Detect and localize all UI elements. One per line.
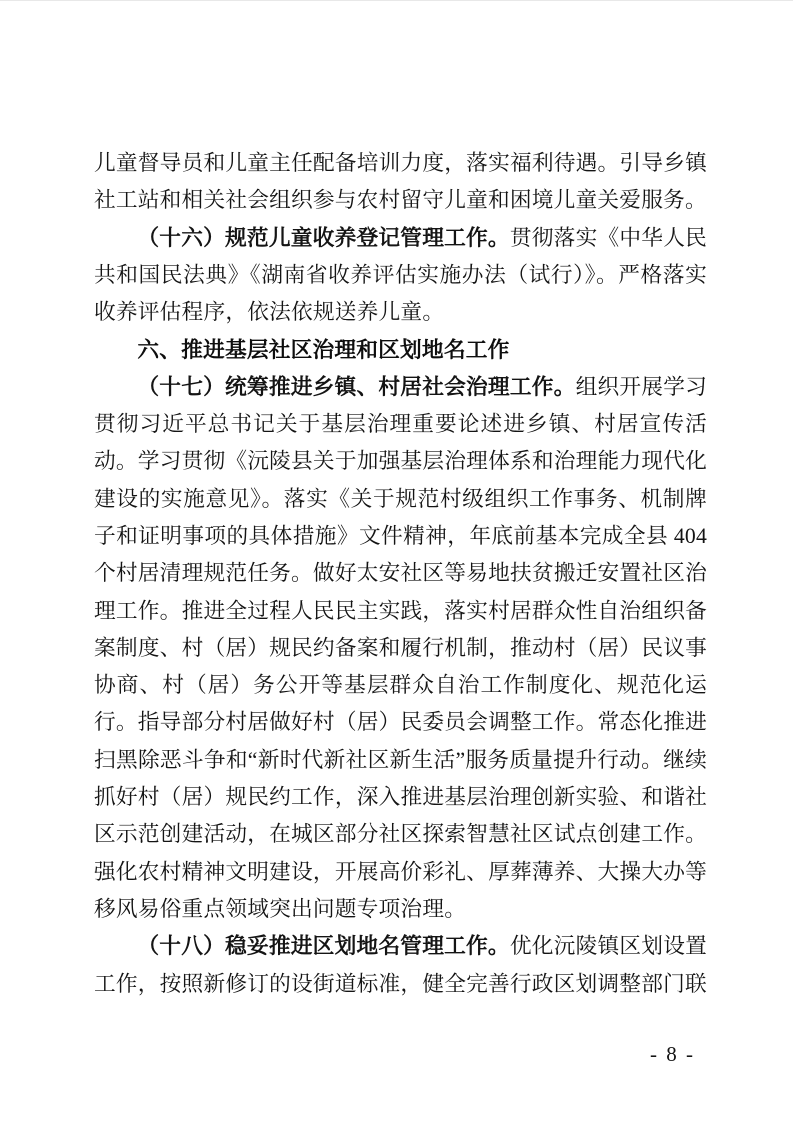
item-17-lead: （十七）统筹推进乡镇、村居社会治理工作。 [137, 375, 575, 399]
paragraph-item-16: （十六）规范儿童收养登记管理工作。贯彻落实《中华人民共和国民法典》《湖南省收养评… [94, 220, 707, 332]
item-17-text: 组织开展学习贯彻习近平总书记关于基层治理重要论述进乡镇、村居宣传活动。学习贯彻《… [94, 375, 707, 921]
paragraph-continuation-text: 儿童督导员和儿童主任配备培训力度，落实福利待遇。引导乡镇社工站和相关社会组织参与… [94, 151, 707, 212]
paragraph-continuation: 儿童督导员和儿童主任配备培训力度，落实福利待遇。引导乡镇社工站和相关社会组织参与… [94, 145, 707, 220]
page-number: - 8 - [650, 1042, 695, 1066]
document-page: 儿童督导员和儿童主任配备培训力度，落实福利待遇。引导乡镇社工站和相关社会组织参与… [0, 0, 793, 1122]
paragraph-item-18: （十八）稳妥推进区划地名管理工作。优化沅陵镇区划设置工作，按照新修订的设街道标准… [94, 928, 707, 1003]
section-heading-six: 六、推进基层社区治理和区划地名工作 [94, 331, 707, 368]
item-18-lead: （十八）稳妥推进区划地名管理工作。 [137, 934, 509, 958]
document-body: 儿童督导员和儿童主任配备培训力度，落实福利待遇。引导乡镇社工站和相关社会组织参与… [94, 145, 707, 1003]
page-footer: - 8 - [650, 1041, 695, 1067]
item-16-lead: （十六）规范儿童收养登记管理工作。 [137, 226, 509, 250]
paragraph-item-17: （十七）统筹推进乡镇、村居社会治理工作。组织开展学习贯彻习近平总书记关于基层治理… [94, 369, 707, 928]
